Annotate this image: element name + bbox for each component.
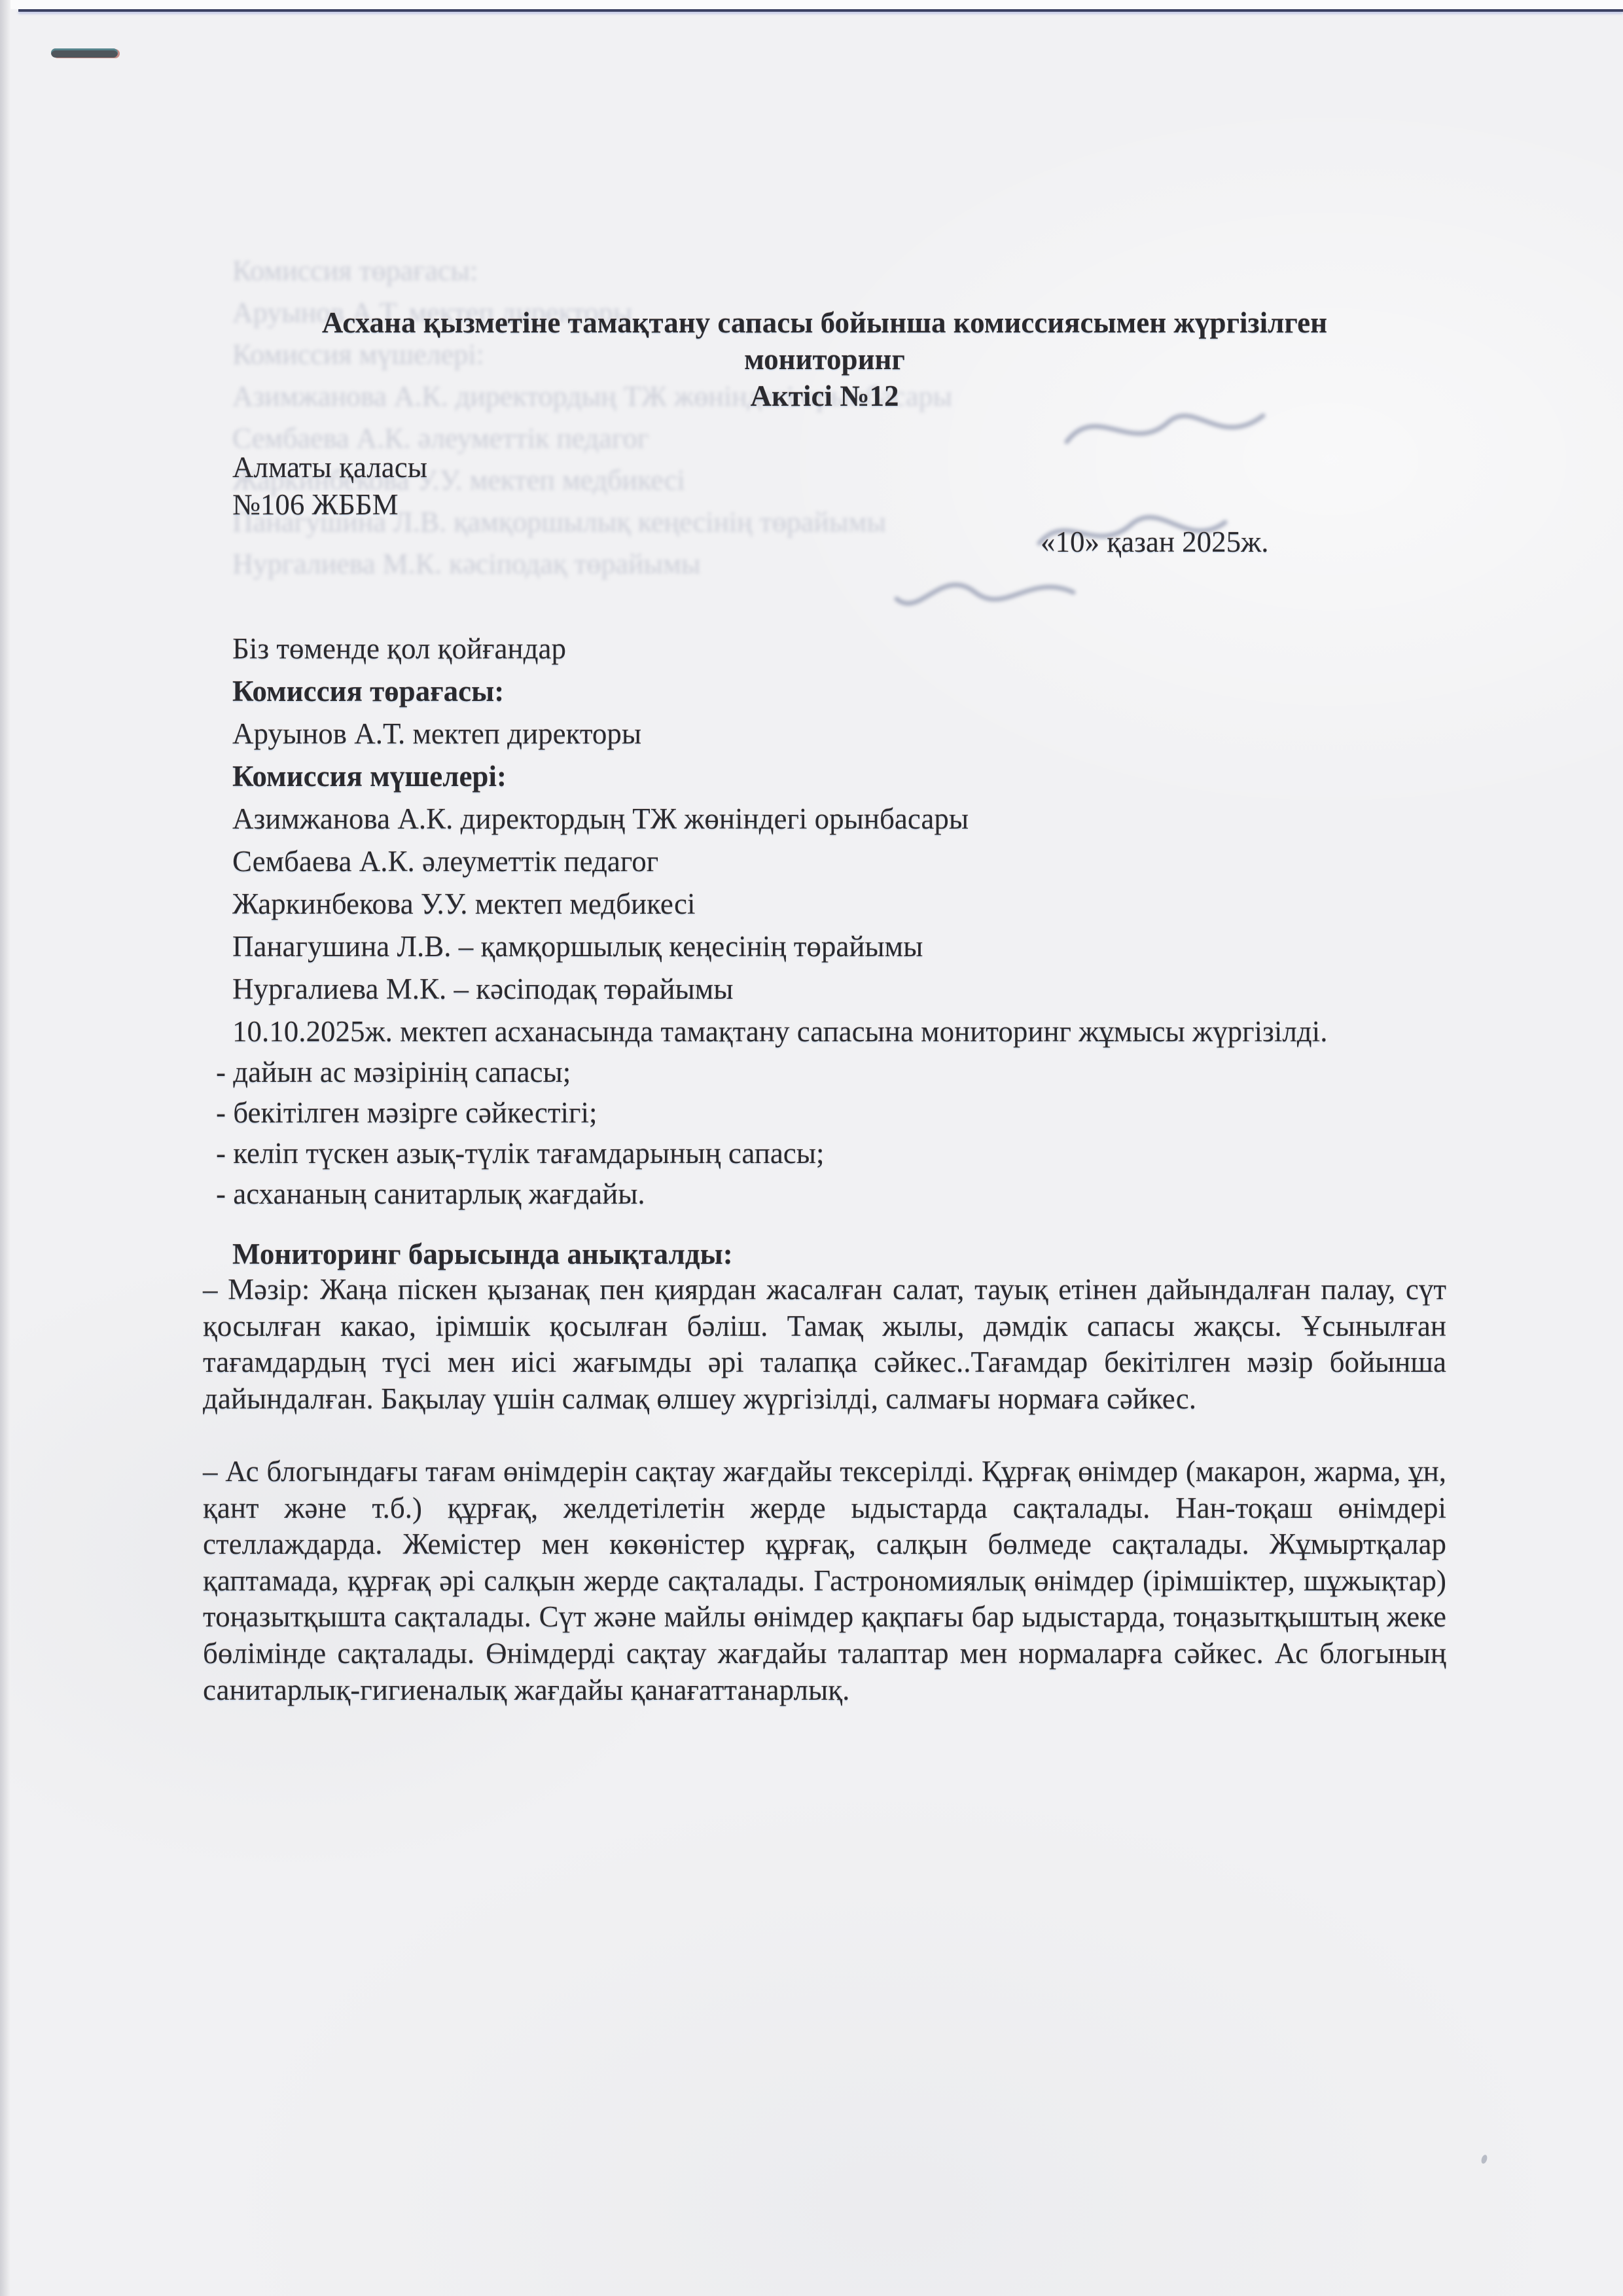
header-school: №106 ЖББМ: [232, 488, 399, 521]
scan-edge-line: [18, 9, 1623, 12]
monitoring-note: 10.10.2025ж. мектеп асханасында тамақтан…: [232, 1011, 1456, 1053]
member-row: Жаркинбекова У.У. мектеп медбикесі: [232, 883, 1456, 925]
title-line: Асхана қызметіне тамақтану сапасы бойынш…: [203, 304, 1446, 341]
member-row: Панагушина Л.В. – қамқоршылық кеңесінің …: [232, 925, 1456, 968]
checklist: - дайын ас мәзірінің сапасы; - бекітілге…: [216, 1052, 1453, 1214]
findings-paragraph-storage: – Ас блогындағы тағам өнімдерін сақтау ж…: [203, 1454, 1446, 1708]
chair-name: Аруынов А.Т. мектеп директоры: [232, 713, 1456, 755]
scanned-page: Комиссия төрағасы: Аруынов А.Т. мектеп д…: [0, 0, 1623, 2296]
title-line: мониторинг: [203, 341, 1446, 378]
checklist-item: - дайын ас мәзірінің сапасы;: [216, 1052, 1453, 1092]
header-city: Алматы қаласы: [232, 449, 1446, 486]
signatories-block: Біз төменде қол қойғандар Комиссия төрағ…: [232, 628, 1456, 1053]
bleedthrough-line: Комиссия төрағасы:: [232, 250, 1253, 292]
findings-heading: Мониторинг барысында анықталды:: [232, 1236, 733, 1272]
scan-edge-left: [0, 0, 10, 2296]
document-title: Асхана қызметіне тамақтану сапасы бойынш…: [203, 304, 1446, 414]
checklist-item: - бекітілген мәзірге сәйкестігі;: [216, 1092, 1453, 1133]
chair-label: Комиссия төрағасы:: [232, 670, 1456, 713]
scan-artifact-bar: [51, 48, 118, 58]
member-row: Сембаева А.К. әлеуметтік педагог: [232, 840, 1456, 883]
document-header: Алматы қаласы №106 ЖББМ «10» қазан 2025ж…: [232, 449, 1446, 524]
bleedthrough-signature: [890, 556, 1080, 622]
checklist-item: - асхананың санитарлық жағдайы.: [216, 1174, 1453, 1214]
signatories-intro: Біз төменде қол қойғандар: [232, 628, 1456, 670]
scan-speck: [1480, 2154, 1488, 2164]
header-date: «10» қазан 2025ж.: [1041, 524, 1269, 561]
member-row: Азимжанова А.К. директордың ТЖ жөніндегі…: [232, 798, 1456, 840]
title-line: Актісі №12: [203, 378, 1446, 414]
scan-edge-top: [0, 0, 1623, 9]
member-row: Нургалиева М.К. – кәсіподақ төрайымы: [232, 968, 1456, 1011]
members-label: Комиссия мүшелері:: [232, 755, 1456, 798]
findings-paragraph-menu: – Мәзір: Жаңа піскен қызанақ пен қиярдан…: [203, 1272, 1446, 1417]
checklist-item: - келіп түскен азық-түлік тағамдарының с…: [216, 1133, 1453, 1174]
